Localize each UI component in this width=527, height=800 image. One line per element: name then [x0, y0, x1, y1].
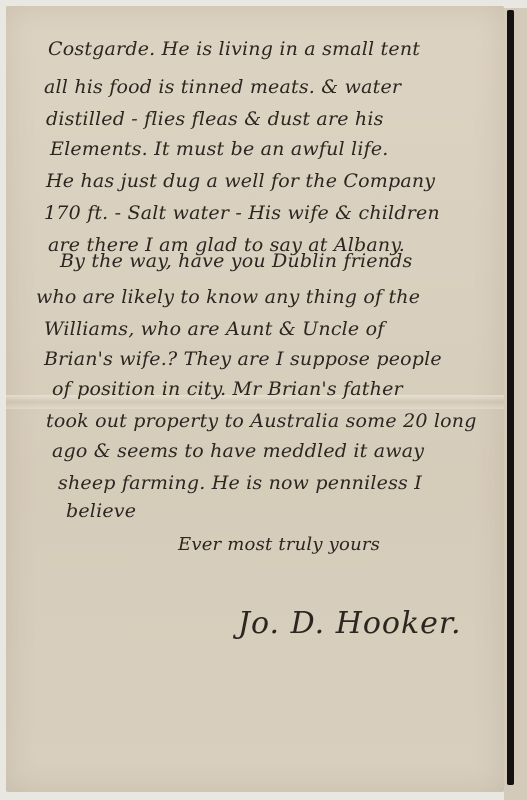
text-line: who are likely to know any thing of the — [36, 286, 420, 308]
signature: Jo. D. Hooker. — [238, 606, 462, 641]
text-line: He has just dug a well for the Company — [46, 170, 435, 192]
text-line: of position in city. Mr Brian's father — [52, 378, 403, 400]
text-line: Brian's wife.? They are I suppose people — [44, 348, 442, 370]
text-line: all his food is tinned meats. & water — [44, 76, 401, 98]
closing-salutation: Ever most truly yours — [178, 534, 380, 555]
text-line: Elements. It must be an awful life. — [50, 138, 389, 160]
text-line: ago & seems to have meddled it away — [52, 440, 424, 462]
text-line: took out property to Australia some 20 l… — [46, 410, 477, 432]
text-line: sheep farming. He is now penniless I — [58, 472, 422, 494]
text-line: 170 ft. - Salt water - His wife & childr… — [44, 202, 440, 224]
text-line: believe — [66, 500, 136, 522]
text-line: Costgarde. He is living in a small tent — [48, 38, 420, 60]
text-line: Williams, who are Aunt & Uncle of — [44, 318, 385, 340]
text-line: By the way, have you Dublin friends — [60, 250, 412, 272]
mourning-border — [507, 10, 514, 785]
text-line: distilled - flies fleas & dust are his — [46, 108, 384, 130]
